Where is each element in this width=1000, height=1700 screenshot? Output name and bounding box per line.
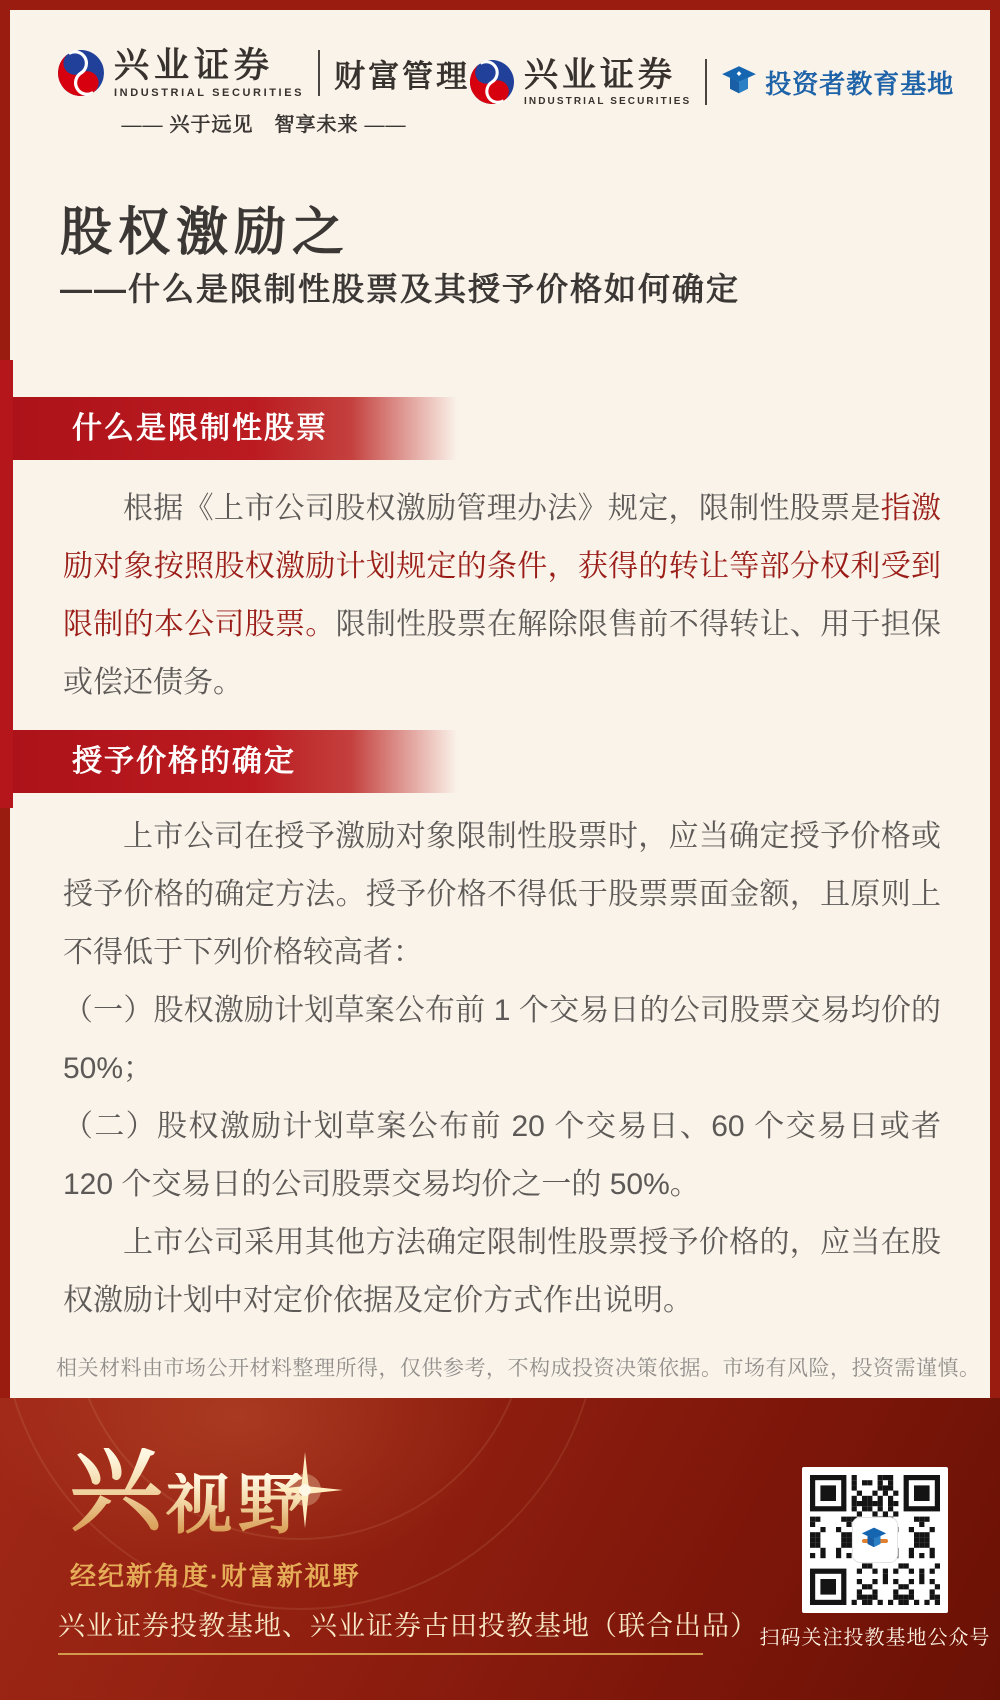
brand-left: 兴业证券 INDUSTRIAL SECURITIES 财富管理 —— 兴于远见 … — [58, 48, 470, 137]
graduation-cap-icon — [861, 1526, 887, 1552]
brand-name-en: INDUSTRIAL SECURITIES — [114, 87, 304, 99]
sparkle-icon — [265, 1450, 345, 1530]
brand-name: 兴业证券 — [114, 48, 304, 85]
brand-name: 兴业证券 — [524, 58, 691, 94]
section-heading-grant-price: 授予价格的确定 — [0, 730, 462, 793]
section-heading-what-is-restricted-stock: 什么是限制性股票 — [0, 397, 462, 460]
page-title: 股权激励之 — [60, 190, 350, 265]
brand-name-en: INDUSTRIAL SECURITIES — [524, 96, 691, 107]
footer-slogan: 经纪新角度·财富新视野 — [70, 1556, 361, 1593]
section2-paragraph-2: 上市公司采用其他方法确定限制性股票授予价格的，应当在股权激励计划中对定价依据及定… — [63, 1214, 941, 1330]
xingshiye-logo-first-char: 兴 — [70, 1448, 162, 1535]
qr-center-logo — [852, 1517, 898, 1563]
text-segment-gray: 根据《上市公司股权激励管理办法》规定，限制性股票是 — [123, 492, 881, 525]
footer-producers: 兴业证券投教基地、兴业证券古田投教基地（联合出品） — [58, 1604, 758, 1643]
brand-right: 兴业证券 INDUSTRIAL SECURITIES 投资者教育基地 — [470, 58, 954, 107]
brand-divider — [705, 59, 707, 105]
brand-divider — [318, 50, 320, 96]
qr-caption: 扫码关注投教基地公众号 — [725, 1621, 1000, 1650]
disclaimer-text: 相关材料由市场公开材料整理所得，仅供参考，不构成投资决策依据。市场有风险，投资需… — [56, 1352, 961, 1382]
qr-code — [802, 1467, 948, 1613]
industrial-securities-logo-icon — [49, 42, 112, 105]
section2-item-1: （一）股权激励计划草案公布前 1 个交易日的公司股票交易均价的 50%； — [63, 982, 941, 1098]
poster-page: 兴业证券 INDUSTRIAL SECURITIES 财富管理 —— 兴于远见 … — [0, 0, 1000, 1700]
brand-tagline: —— 兴于远见 智享未来 —— — [58, 108, 470, 137]
section2-body: 上市公司在授予激励对象限制性股票时，应当确定授予价格或授予价格的确定方法。授予价… — [63, 808, 941, 1330]
section2-item-2: （二）股权激励计划草案公布前 20 个交易日、60 个交易日或者 120 个交易… — [63, 1098, 941, 1214]
graduation-cap-icon — [721, 64, 757, 100]
brand-division-wealth: 财富管理 — [334, 51, 470, 96]
footer-divider-line — [58, 1653, 703, 1655]
section2-paragraph-1: 上市公司在授予激励对象限制性股票时，应当确定授予价格或授予价格的确定方法。授予价… — [63, 808, 941, 982]
industrial-securities-logo-icon — [462, 52, 523, 113]
brand-division-investor-education: 投资者教育基地 — [765, 64, 954, 101]
section1-paragraph: 根据《上市公司股权激励管理办法》规定，限制性股票是指激励对象按照股权激励计划规定… — [63, 480, 941, 712]
left-accent-strip — [0, 360, 13, 808]
page-subtitle: ——什么是限制性股票及其授予价格如何确定 — [60, 264, 740, 310]
